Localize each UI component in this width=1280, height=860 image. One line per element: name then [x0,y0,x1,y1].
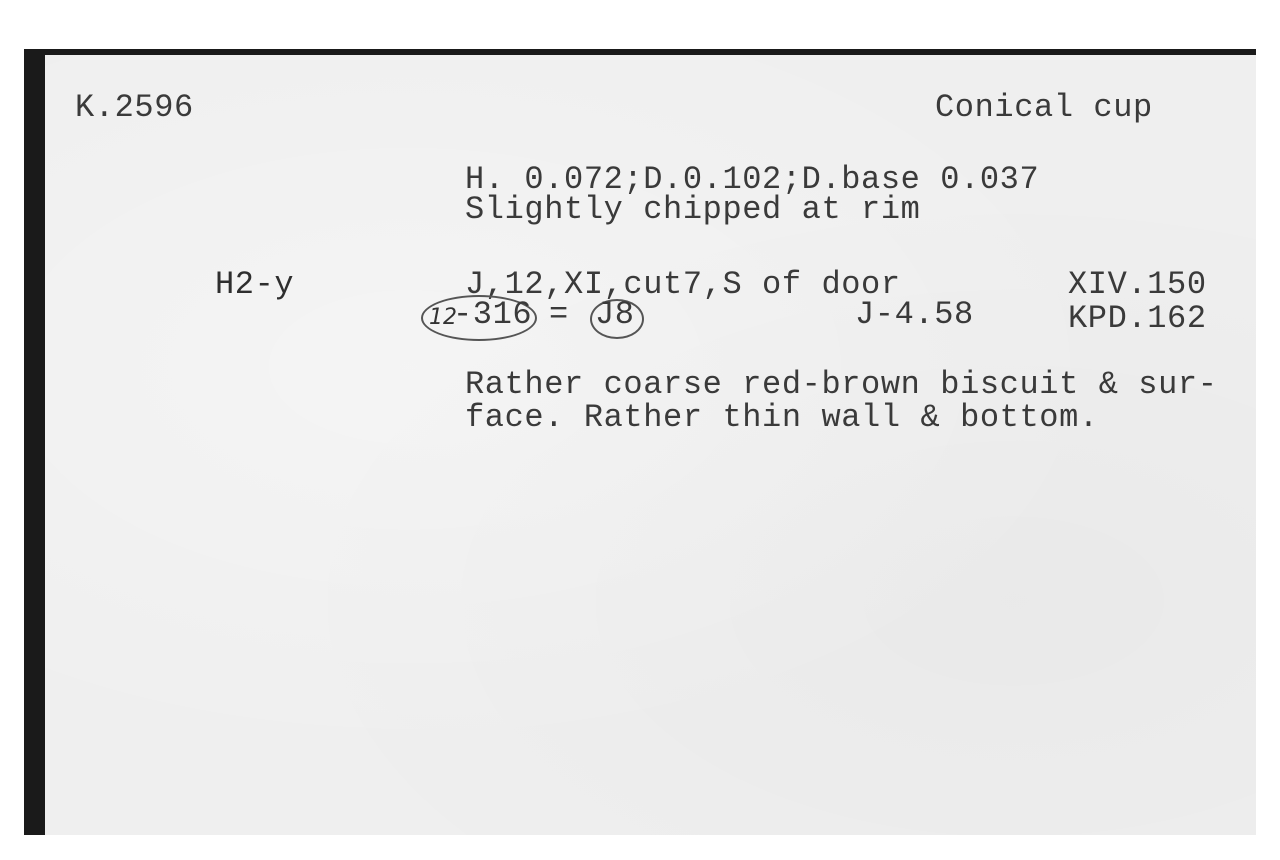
circled-ref: J8 [595,299,635,331]
equals-sign: = [549,299,569,331]
publication-ref: KPD.162 [1068,303,1207,335]
condition-note: Slightly chipped at rim [465,194,920,226]
object-type: Conical cup [935,92,1153,124]
notebook-ref: J-4.58 [855,299,974,331]
context-ref: XIV.150 [1068,269,1207,301]
catalog-card: K.2596 Conical cup H. 0.072;D.0.102;D.ba… [45,55,1256,835]
inventory-number: -316 [453,299,532,331]
catalog-number: K.2596 [75,92,194,124]
description-line-2: face. Rather thin wall & bottom. [465,402,1099,434]
description-line-1: Rather coarse red-brown biscuit & sur- [465,369,1218,401]
class-code: H2-y [215,269,294,301]
